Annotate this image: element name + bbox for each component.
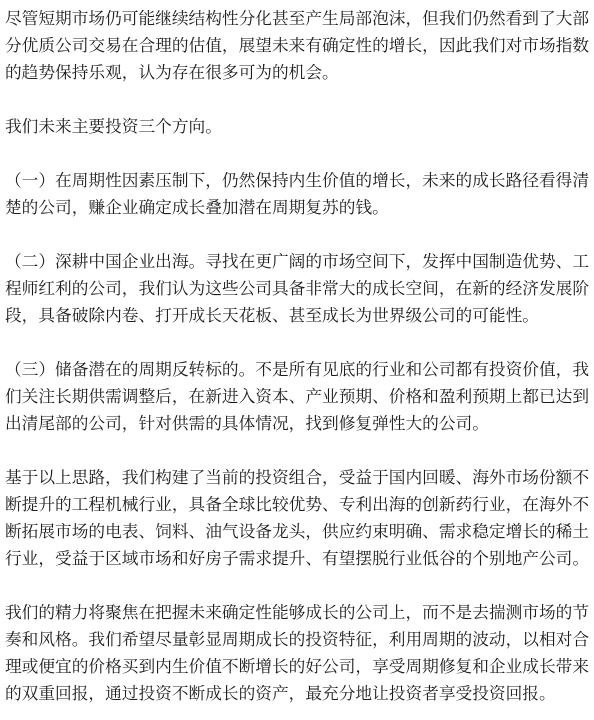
paragraph-direction-3: （三）储备潜在的周期反转标的。不是所有见底的行业和公司都有投资价值，我们关注长期…: [5, 356, 591, 437]
paragraph-focus-statement: 我们的精力将聚焦在把握未来确定性能够成长的公司上，而不是去揣测市场的节奏和风格。…: [5, 599, 591, 707]
paragraph-direction-1: （一）在周期性因素压制下，仍然保持内生价值的增长，未来的成长路径看得清楚的公司，…: [5, 167, 591, 221]
article-body: 尽管短期市场仍可能继续结构性分化甚至产生局部泡沫，但我们仍然看到了大部分优质公司…: [0, 0, 594, 707]
paragraph-market-outlook: 尽管短期市场仍可能继续结构性分化甚至产生局部泡沫，但我们仍然看到了大部分优质公司…: [5, 5, 591, 86]
paragraph-portfolio-construction: 基于以上思路，我们构建了当前的投资组合，受益于国内回暖、海外市场份额不断提升的工…: [5, 464, 591, 572]
paragraph-direction-2: （二）深耕中国企业出海。寻找在更广阔的市场空间下，发挥中国制造优势、工程师红利的…: [5, 248, 591, 329]
paragraph-three-directions-intro: 我们未来主要投资三个方向。: [5, 113, 591, 140]
